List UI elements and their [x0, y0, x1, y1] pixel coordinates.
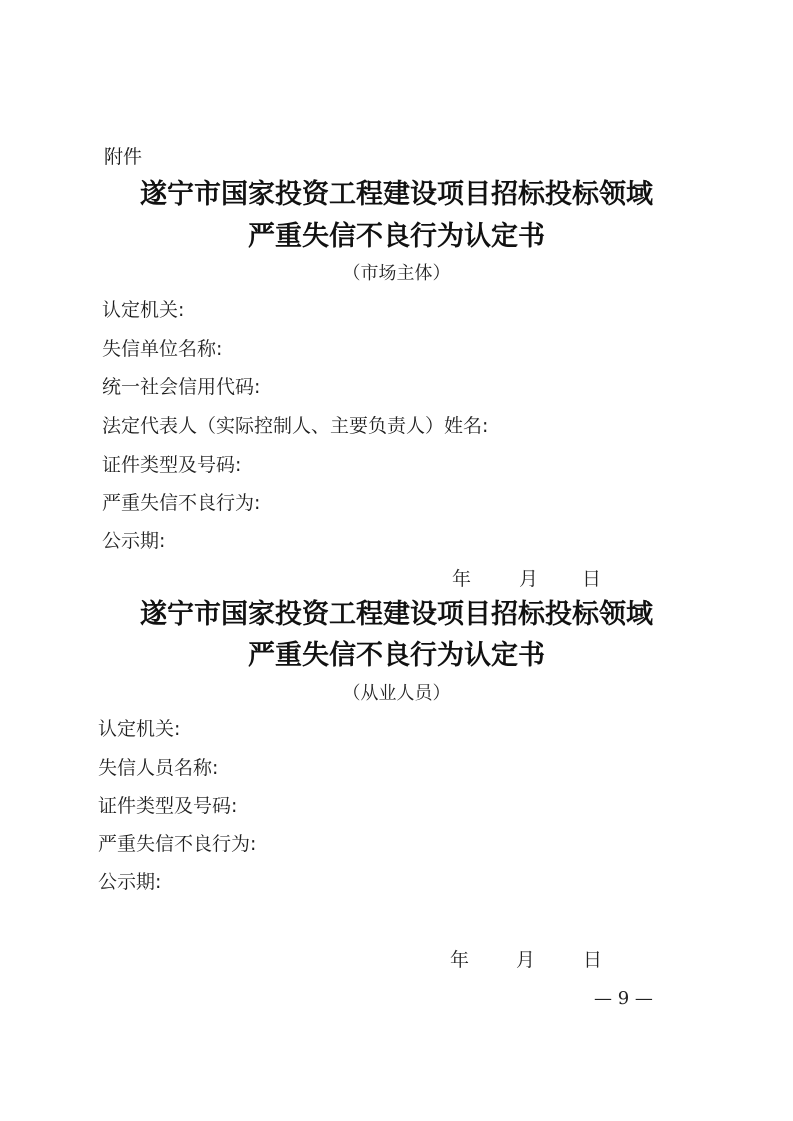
- attachment-label: 附件: [104, 142, 142, 169]
- field-id-type: 证件类型及号码:: [98, 791, 237, 818]
- page-number: — 9 —: [594, 988, 653, 1009]
- field-authority: 认定机关:: [102, 295, 184, 322]
- section1-title-line1: 遂宁市国家投资工程建设项目招标投标领域: [0, 172, 793, 211]
- section1-title-line2: 严重失信不良行为认定书: [0, 214, 793, 253]
- field-person-name: 失信人员名称:: [98, 753, 218, 780]
- section2-subtitle: （从业人员）: [0, 679, 793, 705]
- section2-title-line2: 严重失信不良行为认定书: [0, 633, 793, 672]
- field-authority: 认定机关:: [98, 714, 180, 741]
- field-bad-behavior: 严重失信不良行为:: [102, 488, 260, 515]
- date-month: 月: [516, 945, 535, 972]
- field-bad-behavior: 严重失信不良行为:: [98, 829, 256, 856]
- field-legal-rep: 法定代表人（实际控制人、主要负责人）姓名:: [102, 411, 488, 438]
- date-month: 月: [519, 564, 538, 591]
- field-entity-name: 失信单位名称:: [102, 334, 222, 361]
- date-year: 年: [450, 945, 469, 972]
- section2-title-line1: 遂宁市国家投资工程建设项目招标投标领域: [0, 592, 793, 631]
- date-day: 日: [583, 945, 602, 972]
- date-year: 年: [452, 564, 471, 591]
- section1-subtitle: （市场主体）: [0, 259, 793, 285]
- field-credit-code: 统一社会信用代码:: [102, 372, 260, 399]
- field-id-type: 证件类型及号码:: [102, 450, 241, 477]
- field-publicity-period: 公示期:: [98, 867, 161, 894]
- date-day: 日: [582, 564, 601, 591]
- field-publicity-period: 公示期:: [102, 526, 165, 553]
